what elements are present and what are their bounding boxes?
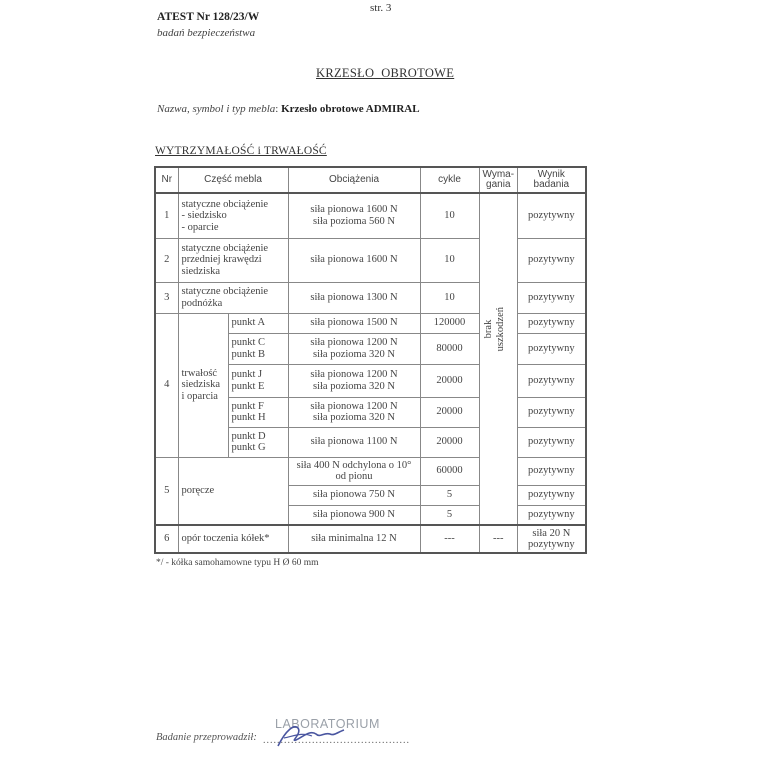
row-point: punkt A [228,313,288,333]
row-result: pozytywny [518,505,586,525]
row-result: pozytywny [518,193,586,238]
row-load: siła pionowa 750 N [288,485,420,505]
row-result: pozytywny [518,333,586,364]
page-number: str. 3 [370,2,391,14]
requirements-text: brak uszkodzeń [483,307,507,351]
row-result: pozytywny [518,485,586,505]
row-cycles: 10 [420,282,479,313]
row-result: siła 20 N pozytywny [518,525,586,553]
row-cycles: 60000 [420,457,479,485]
row-load: siła pionowa 1300 N [288,282,420,313]
row-nr: 2 [155,238,178,282]
product-line: Nazwa, symbol i typ mebla: Krzesło obrot… [157,103,420,115]
product-label: Nazwa, symbol i typ mebla [157,103,275,115]
row-result: pozytywny [518,238,586,282]
row-cycles: 5 [420,485,479,505]
row-nr: 5 [155,457,178,525]
table-row: 6opór toczenia kółek*siła minimalna 12 N… [155,525,586,553]
row-part: statyczne obciążenie - siedzisko - oparc… [178,193,288,238]
row-result: pozytywny [518,457,586,485]
row-load: siła pionowa 1600 N [288,238,420,282]
row-result: pozytywny [518,397,586,427]
row-cycles: --- [420,525,479,553]
footnote: */ - kółka samohamowne typu H Ø 60 mm [156,558,319,568]
table-row: 5poręczesiła 400 N odchylona o 10° od pi… [155,457,586,485]
row-load: siła 400 N odchylona o 10° od pionu [288,457,420,485]
row-cycles: 10 [420,238,479,282]
section-title: WYTRZYMAŁOŚĆ i TRWAŁOŚĆ [155,145,327,157]
row-point: punkt D punkt G [228,427,288,457]
signature-mark [272,720,352,750]
row-result: pozytywny [518,282,586,313]
row-cycles: 5 [420,505,479,525]
row-result: pozytywny [518,364,586,397]
row-load: siła pionowa 1100 N [288,427,420,457]
certificate-subtitle: badań bezpieczeństwa [157,27,255,39]
table-row: 4trwałość siedziska i oparciapunkt Asiła… [155,313,586,333]
row-load: siła minimalna 12 N [288,525,420,553]
requirements-merged: brak uszkodzeń [479,193,518,525]
row-point: punkt F punkt H [228,397,288,427]
row-part: statyczne obciążenie podnóżka [178,282,288,313]
row-cycles: 20000 [420,427,479,457]
row-load: siła pionowa 1200 N siła pozioma 320 N [288,333,420,364]
row-cycles: 80000 [420,333,479,364]
header-load: Obciążenia [288,167,420,193]
row-result: pozytywny [518,427,586,457]
certificate-number: ATEST Nr 128/23/W [157,11,259,23]
row-nr: 4 [155,313,178,457]
row-point: punkt C punkt B [228,333,288,364]
row-part: poręcze [178,457,288,525]
row-cycles: 20000 [420,364,479,397]
row-load: siła pionowa 1500 N [288,313,420,333]
row-cycles: 120000 [420,313,479,333]
row-nr: 1 [155,193,178,238]
row-load: siła pionowa 1200 N siła pozioma 320 N [288,397,420,427]
row-part: trwałość siedziska i oparcia [178,313,228,457]
table-row: 3statyczne obciążenie podnóżkasiła piono… [155,282,586,313]
row-nr: 3 [155,282,178,313]
test-results-table: Nr Część mebla Obciążenia cykle Wyma- ga… [154,166,587,554]
document-title: KRZESŁO OBROTOWE [316,66,454,81]
row-part: opór toczenia kółek* [178,525,288,553]
table-row: 1statyczne obciążenie - siedzisko - opar… [155,193,586,238]
table-header-row: Nr Część mebla Obciążenia cykle Wyma- ga… [155,167,586,193]
header-requirements: Wyma- gania [479,167,518,193]
header-nr: Nr [155,167,178,193]
header-cycles: cykle [420,167,479,193]
row-part: statyczne obciążenie przedniej krawędzi … [178,238,288,282]
row-requirements: --- [479,525,518,553]
header-part: Część mebla [178,167,288,193]
performed-by-label: Badanie przeprowadził: [156,732,257,743]
row-result: pozytywny [518,313,586,333]
row-nr: 6 [155,525,178,553]
row-cycles: 20000 [420,397,479,427]
row-point: punkt J punkt E [228,364,288,397]
row-load: siła pionowa 1200 N siła pozioma 320 N [288,364,420,397]
header-result: Wynik badania [518,167,586,193]
row-load: siła pionowa 1600 N siła pozioma 560 N [288,193,420,238]
table-row: 2statyczne obciążenie przedniej krawędzi… [155,238,586,282]
row-load: siła pionowa 900 N [288,505,420,525]
product-name: Krzesło obrotowe ADMIRAL [281,103,420,115]
row-cycles: 10 [420,193,479,238]
